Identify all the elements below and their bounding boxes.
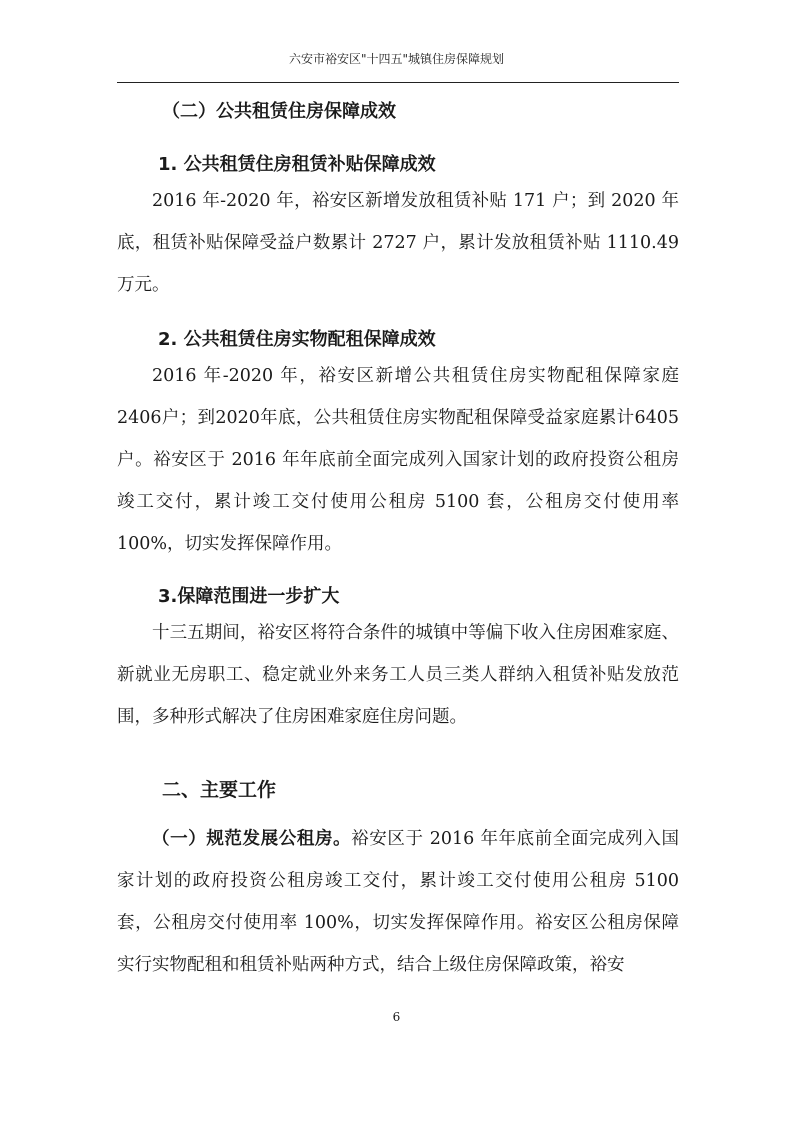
paragraph-work-1: （一）规范发展公租房。裕安区于 2016 年年底前全面完成列入国家计划的政府投资… bbox=[117, 818, 679, 986]
work-1-lead: （一）规范发展公租房。 bbox=[152, 829, 351, 849]
paragraph-3: 十三五期间，裕安区将符合条件的城镇中等偏下收入住房困难家庭、新就业无房职工、稳定… bbox=[117, 612, 679, 738]
paragraph-1: 2016 年-2020 年，裕安区新增发放租赁补贴 171 户；到 2020 年… bbox=[117, 180, 679, 306]
page-number: 6 bbox=[0, 1010, 793, 1024]
work-1-text: 裕安区于 2016 年年底前全面完成列入国家计划的政府投资公租房竣工交付，累计竣… bbox=[117, 829, 679, 975]
subheading-3: 3.保障范围进一步扩大 bbox=[158, 582, 720, 608]
subheading-1: 1. 公共租赁住房租赁补贴保障成效 bbox=[158, 150, 720, 176]
main-heading: 二、主要工作 bbox=[162, 775, 724, 802]
paragraph-2: 2016 年-2020 年，裕安区新增公共租赁住房实物配租保障家庭 2406户；… bbox=[117, 355, 679, 565]
subheading-2: 2. 公共租赁住房实物配租保障成效 bbox=[158, 325, 720, 351]
section-heading-2: （二）公共租赁住房保障成效 bbox=[162, 97, 724, 123]
header-rule bbox=[117, 82, 679, 83]
running-header: 六安市裕安区"十四五"城镇住房保障规划 bbox=[0, 50, 793, 67]
